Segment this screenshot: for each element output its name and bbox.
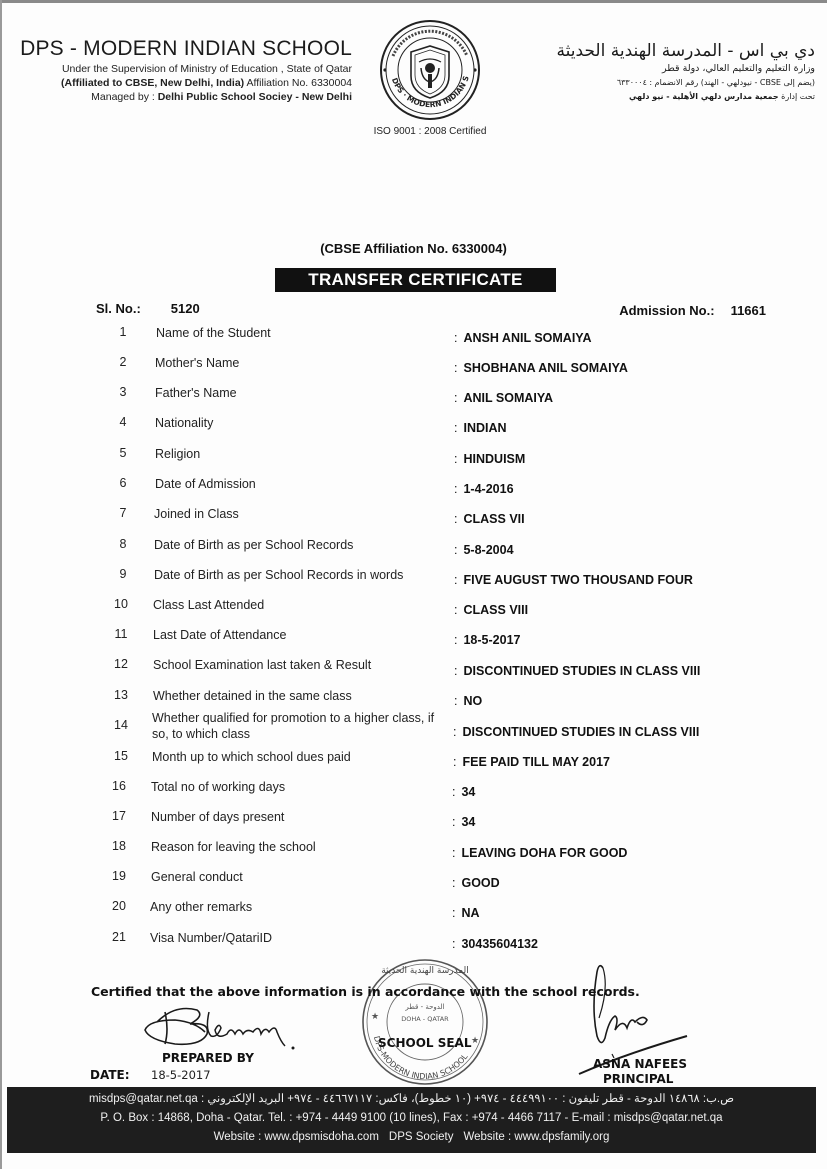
svg-text:★: ★ <box>471 1036 479 1046</box>
date-value: 18-5-2017 <box>151 1068 211 1082</box>
row-value-text: 30435604132 <box>461 937 537 951</box>
managed-ar-value: جمعية مدارس دلهي الأهلية - نيو دلهي <box>629 92 779 101</box>
row-value-text: 5-8-2004 <box>463 543 513 557</box>
row-value: :INDIAN <box>454 421 507 435</box>
footer-line-arabic: misdps@qatar.net.qa ص.ب: ١٤٨٦٨ الدوحة - … <box>7 1091 816 1107</box>
colon-separator: : <box>454 331 457 345</box>
row-label: Visa Number/QatariID <box>150 930 272 946</box>
managed-value: Delhi Public School Sociey - New Delhi <box>158 91 352 103</box>
row-number: 6 <box>108 476 138 490</box>
row-label: Total no of working days <box>151 779 285 795</box>
affiliation-ar: (يضم إلى CBSE - نيودلهي - الهند) رقم الا… <box>500 76 815 90</box>
row-value: :CLASS VIII <box>454 603 528 617</box>
row-value-text: CLASS VIII <box>463 603 528 617</box>
admission-no-label: Admission No.: <box>619 303 714 318</box>
preparer-signature-icon <box>135 1000 300 1058</box>
colon-separator: : <box>454 391 457 405</box>
row-value: :30435604132 <box>452 937 538 951</box>
row-value-text: NA <box>461 906 479 920</box>
managed-ar: تحت إدارة جمعية مدارس دلهي الأهلية - نيو… <box>500 90 815 104</box>
colon-separator: : <box>452 876 455 890</box>
svg-text:★: ★ <box>371 1012 379 1022</box>
website-dpsfamily: Website : www.dpsfamily.org <box>463 1131 609 1143</box>
footer-line-websites: Website : www.dpsmisdoha.comDPS SocietyW… <box>7 1129 816 1145</box>
row-number: 10 <box>106 597 136 611</box>
row-label: Any other remarks <box>150 899 252 915</box>
row-number: 4 <box>108 415 138 429</box>
header-english: DPS - MODERN INDIAN SCHOOL Under the Sup… <box>0 36 352 104</box>
footer-line-english: P. O. Box : 14868, Doha - Qatar. Tel. : … <box>7 1110 816 1126</box>
svg-text:الدوحة - قطر: الدوحة - قطر <box>404 1003 444 1011</box>
school-seal-icon: DPS-MODERN INDIAN SCHOOL المدرسة الهندية… <box>359 957 491 1087</box>
row-number: 9 <box>108 567 138 581</box>
row-value-text: ANIL SOMAIYA <box>463 391 553 405</box>
sl-no-label: Sl. No.: <box>96 301 141 316</box>
row-label: Reason for leaving the school <box>151 839 316 855</box>
row-value: :HINDUISM <box>454 452 525 466</box>
colon-separator: : <box>454 421 457 435</box>
row-label: Date of Birth as per School Records in w… <box>154 567 403 583</box>
iso-certification: ISO 9001 : 2008 Certified <box>340 126 520 137</box>
row-value: :1-4-2016 <box>454 482 514 496</box>
row-number: 2 <box>108 355 138 369</box>
svg-text:المدرسة الهندية الحديثة: المدرسة الهندية الحديثة <box>381 966 469 976</box>
row-label: Whether detained in the same class <box>153 688 352 704</box>
row-number: 14 <box>106 718 136 732</box>
row-value: :DISCONTINUED STUDIES IN CLASS VIII <box>453 725 699 739</box>
document-title: TRANSFER CERTIFICATE <box>275 268 556 292</box>
affiliation-line: (Affiliated to CBSE, New Delhi, India) A… <box>0 76 352 90</box>
row-label: Class Last Attended <box>153 597 264 613</box>
colon-separator: : <box>454 452 457 466</box>
row-number: 13 <box>106 688 136 702</box>
colon-separator: : <box>454 361 457 375</box>
row-label: Father's Name <box>155 385 237 401</box>
row-label: Month up to which school dues paid <box>152 749 351 765</box>
row-value-text: HINDUISM <box>463 452 525 466</box>
row-value-text: 34 <box>461 785 475 799</box>
row-value: :18-5-2017 <box>454 633 520 647</box>
colon-separator: : <box>453 725 456 739</box>
footer-arabic-text: ص.ب: ١٤٨٦٨ الدوحة - قطر تليفون : ٤٤٤٩٩١٠… <box>201 1093 734 1105</box>
row-number: 21 <box>104 930 134 944</box>
website-dpsmisdoha: Website : www.dpsmisdoha.com <box>214 1131 379 1143</box>
date-label: DATE: <box>90 1068 130 1082</box>
row-value: :ANSH ANIL SOMAIYA <box>454 331 592 345</box>
row-value-text: LEAVING DOHA FOR GOOD <box>461 846 627 860</box>
row-value: :LEAVING DOHA FOR GOOD <box>452 846 627 860</box>
row-value: :CLASS VII <box>454 512 525 526</box>
row-number: 7 <box>108 506 138 520</box>
row-value: :34 <box>452 785 475 799</box>
colon-separator: : <box>454 482 457 496</box>
sl-no-value: 5120 <box>171 301 200 316</box>
row-label: Last Date of Attendance <box>153 627 286 643</box>
row-number: 12 <box>106 657 136 671</box>
colon-separator: : <box>452 906 455 920</box>
colon-separator: : <box>454 633 457 647</box>
affiliation-rest: Affiliation No. 6330004 <box>244 77 352 89</box>
colon-separator: : <box>454 543 457 557</box>
colon-separator: : <box>452 846 455 860</box>
row-value-text: INDIAN <box>463 421 506 435</box>
cbse-affiliation: (CBSE Affiliation No. 6330004) <box>0 241 827 256</box>
row-value: :NO <box>454 694 482 708</box>
row-number: 5 <box>108 446 138 460</box>
row-value: :34 <box>452 815 475 829</box>
serial-number: Sl. No.:5120 <box>96 301 200 316</box>
row-number: 18 <box>104 839 134 853</box>
row-number: 15 <box>106 749 136 763</box>
row-value-text: GOOD <box>461 876 499 890</box>
supervision-line: Under the Supervision of Ministry of Edu… <box>0 62 352 76</box>
school-name-ar: دي بي اس - المدرسة الهندية الحديثة <box>500 40 815 62</box>
row-value-text: FIVE AUGUST TWO THOUSAND FOUR <box>463 573 692 587</box>
colon-separator: : <box>454 694 457 708</box>
row-value-text: FEE PAID TILL MAY 2017 <box>462 755 610 769</box>
dps-society: DPS Society <box>389 1131 454 1143</box>
row-value: :NA <box>452 906 480 920</box>
row-label: Mother's Name <box>155 355 239 371</box>
row-label: Number of days present <box>151 809 284 825</box>
row-label: Name of the Student <box>156 325 271 341</box>
row-number: 1 <box>108 325 138 339</box>
principal-name: ASNA NAFEES <box>593 1057 687 1071</box>
row-value-text: 1-4-2016 <box>463 482 513 496</box>
row-label: Date of Admission <box>155 476 256 492</box>
row-label: Date of Birth as per School Records <box>154 537 353 553</box>
row-label: Religion <box>155 446 200 462</box>
row-value-text: NO <box>463 694 482 708</box>
footer-email-1: misdps@qatar.net.qa <box>89 1093 198 1105</box>
admission-number: Admission No.:11661 <box>619 303 766 318</box>
managed-line: Managed by : Delhi Public School Sociey … <box>0 90 352 104</box>
row-value: :DISCONTINUED STUDIES IN CLASS VIII <box>454 664 700 678</box>
svg-text:DOHA - QATAR: DOHA - QATAR <box>401 1015 449 1023</box>
row-number: 20 <box>104 899 134 913</box>
row-number: 19 <box>104 869 134 883</box>
row-value-text: DISCONTINUED STUDIES IN CLASS VIII <box>462 725 699 739</box>
school-crest-logo-icon: DPS · MODERN INDIAN SCHOOL <box>375 18 485 122</box>
row-number: 8 <box>108 537 138 551</box>
principal-title: PRINCIPAL <box>603 1072 673 1086</box>
row-value: :SHOBHANA ANIL SOMAIYA <box>454 361 628 375</box>
row-number: 17 <box>104 809 134 823</box>
row-value-text: 18-5-2017 <box>463 633 520 647</box>
admission-no-value: 11661 <box>731 303 766 318</box>
colon-separator: : <box>454 573 457 587</box>
row-value-text: DISCONTINUED STUDIES IN CLASS VIII <box>463 664 700 678</box>
colon-separator: : <box>452 815 455 829</box>
colon-separator: : <box>452 785 455 799</box>
footer-contact-band: misdps@qatar.net.qa ص.ب: ١٤٨٦٨ الدوحة - … <box>7 1087 816 1153</box>
affiliation-bold: (Affiliated to CBSE, New Delhi, India) <box>61 77 244 89</box>
row-value-text: ANSH ANIL SOMAIYA <box>463 331 591 345</box>
row-label: Joined in Class <box>154 506 239 522</box>
row-value: :GOOD <box>452 876 500 890</box>
row-label: General conduct <box>151 869 243 885</box>
row-value-text: 34 <box>461 815 475 829</box>
colon-separator: : <box>453 755 456 769</box>
colon-separator: : <box>454 512 457 526</box>
managed-ar-label: تحت إدارة <box>779 92 815 101</box>
managed-label: Managed by : <box>91 91 158 103</box>
row-number: 16 <box>104 779 134 793</box>
row-label: School Examination last taken & Result <box>153 657 371 673</box>
row-value: :ANIL SOMAIYA <box>454 391 553 405</box>
seal-label: SCHOOL SEAL <box>378 1036 472 1050</box>
school-name-en: DPS - MODERN INDIAN SCHOOL <box>0 36 352 62</box>
page-edge <box>0 0 2 1169</box>
header-arabic: دي بي اس - المدرسة الهندية الحديثة وزارة… <box>500 40 815 104</box>
row-value-text: SHOBHANA ANIL SOMAIYA <box>463 361 627 375</box>
row-number: 11 <box>106 627 136 641</box>
row-value: :FIVE AUGUST TWO THOUSAND FOUR <box>454 573 693 587</box>
row-value: :FEE PAID TILL MAY 2017 <box>453 755 610 769</box>
row-value-text: CLASS VII <box>463 512 524 526</box>
prepared-by-label: PREPARED BY <box>162 1051 254 1065</box>
colon-separator: : <box>454 603 457 617</box>
row-number: 3 <box>108 385 138 399</box>
colon-separator: : <box>454 664 457 678</box>
certificate-row: 21Visa Number/QatariID:30435604132 <box>0 0 827 20</box>
row-value: :5-8-2004 <box>454 543 514 557</box>
ministry-ar: وزارة التعليم والتعليم العالي، دولة قطر <box>500 62 815 76</box>
row-label: Whether qualified for promotion to a hig… <box>152 710 452 742</box>
colon-separator: : <box>452 937 455 951</box>
row-label: Nationality <box>155 415 213 431</box>
certification-statement: Certified that the above information is … <box>91 984 640 999</box>
